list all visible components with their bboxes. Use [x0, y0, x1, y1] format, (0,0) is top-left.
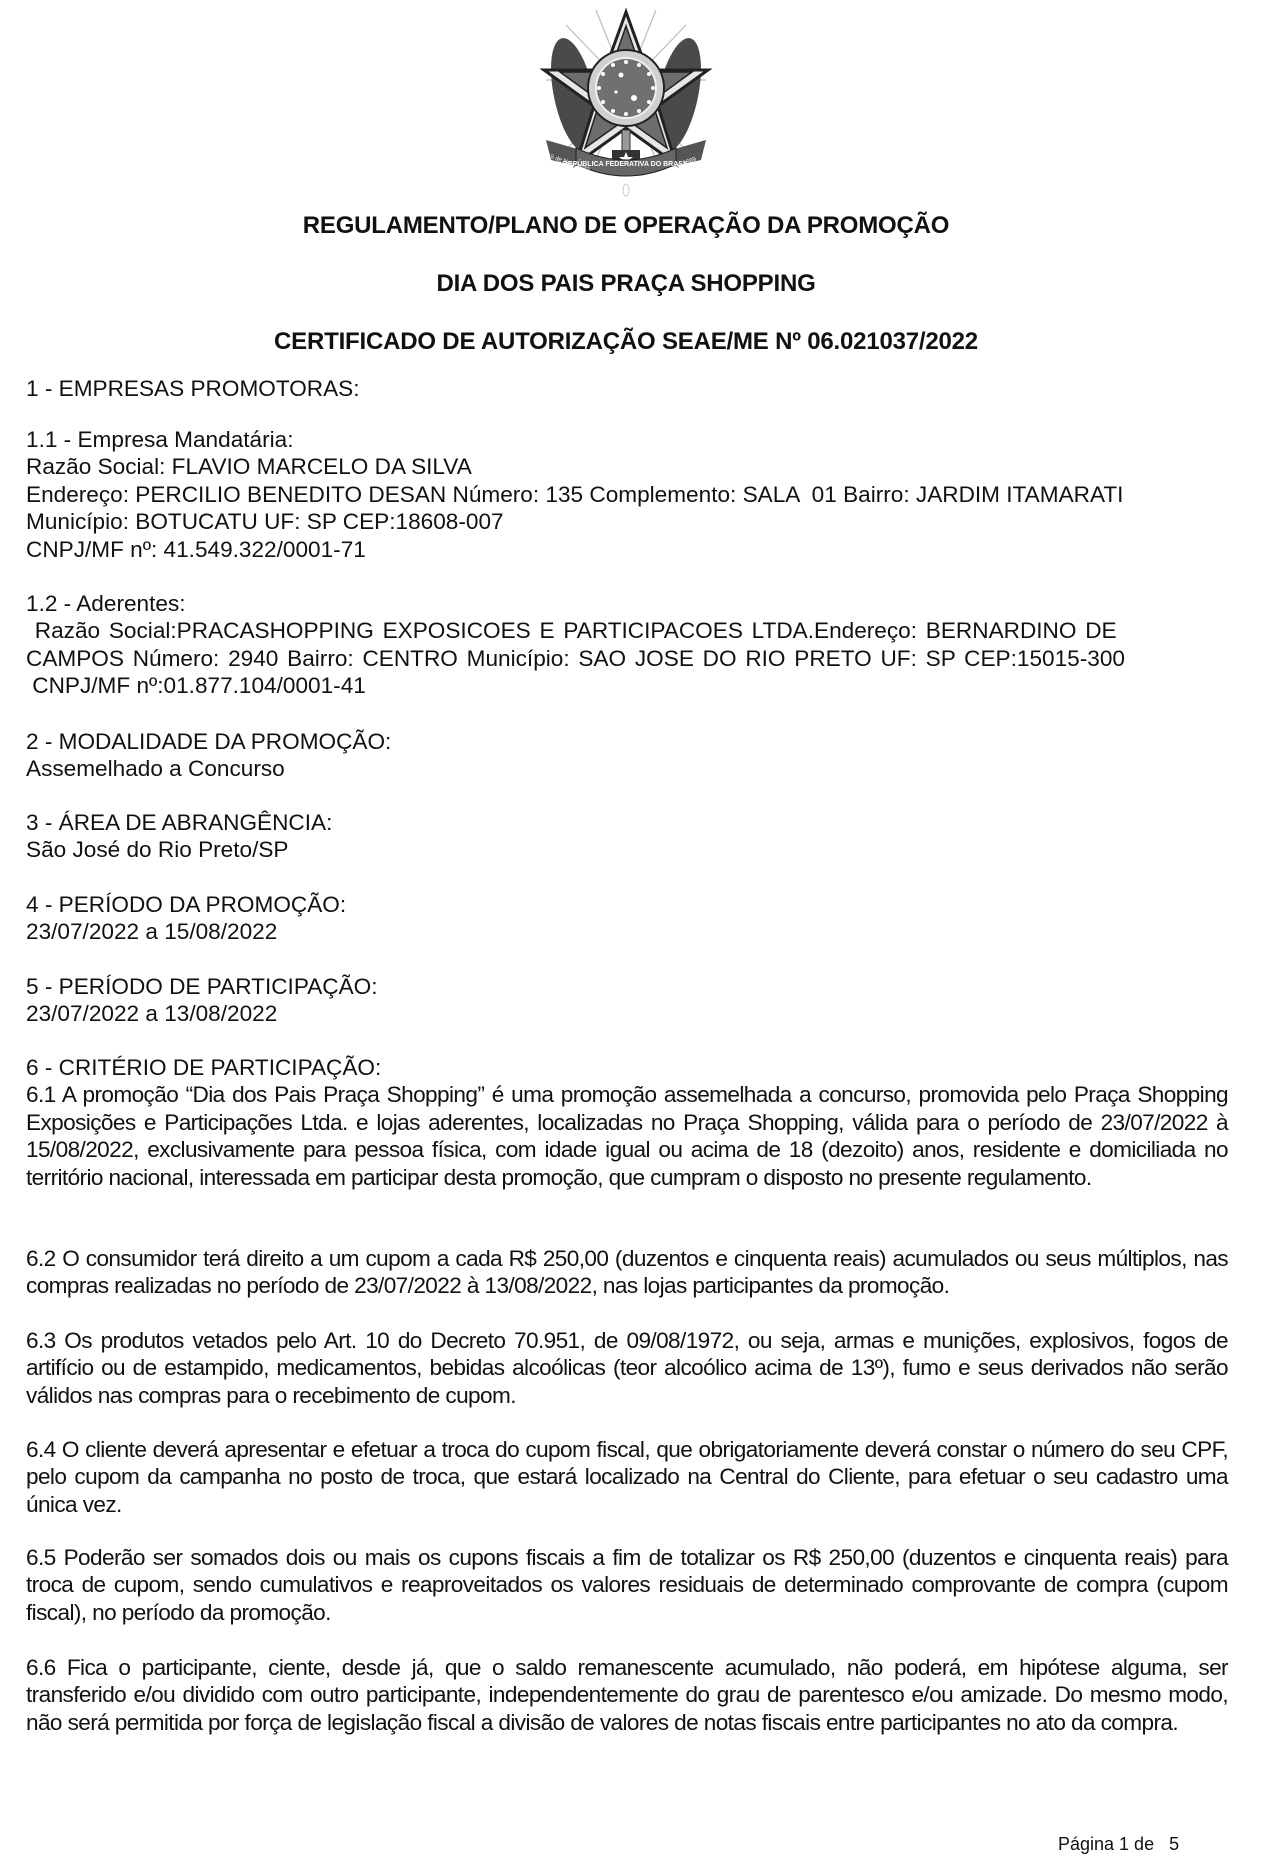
municipio: Município: BOTUCATU UF: SP CEP:18608-007 [26, 508, 1228, 535]
section-2-modality: 2 - MODALIDADE DA PROMOÇÃO: Assemelhado … [26, 728, 1228, 783]
section-5-participation-period: 5 - PERÍODO DE PARTICIPAÇÃO: 23/07/2022 … [26, 973, 1228, 1028]
section-heading: 5 - PERÍODO DE PARTICIPAÇÃO: [26, 973, 1228, 1000]
aderente-endereco: CAMPOS Número: 2940 Bairro: CENTRO Munic… [26, 645, 1228, 672]
section-heading: 1 - EMPRESAS PROMOTORAS: [26, 375, 1228, 402]
section-6-criteria: 6 - CRITÉRIO DE PARTICIPAÇÃO: 6.1 A prom… [26, 1054, 1228, 1191]
paragraph-6-3: 6.3 Os produtos vetados pelo Art. 10 do … [26, 1327, 1228, 1409]
aderente-cnpj: CNPJ/MF nº:01.877.104/0001-41 [26, 672, 1228, 699]
section-value: Assemelhado a Concurso [26, 755, 1228, 782]
paragraph-6-2: 6.2 O consumidor terá direito a um cupom… [26, 1245, 1228, 1300]
subsection-heading: 1.1 - Empresa Mandatária: [26, 426, 1228, 453]
endereco: Endereço: PERCILIO BENEDITO DESAN Número… [26, 481, 1228, 508]
promotion-name: DIA DOS PAIS PRAÇA SHOPPING [0, 270, 1252, 298]
paragraph-6-4: 6.4 O cliente deverá apresentar e efetua… [26, 1436, 1228, 1518]
razao-social: Razão Social: FLAVIO MARCELO DA SILVA [26, 453, 1228, 480]
section-heading: 2 - MODALIDADE DA PROMOÇÃO: [26, 728, 1228, 755]
section-4-promotion-period: 4 - PERÍODO DA PROMOÇÃO: 23/07/2022 a 15… [26, 891, 1228, 946]
section-value: 23/07/2022 a 15/08/2022 [26, 918, 1228, 945]
section-heading: 6 - CRITÉRIO DE PARTICIPAÇÃO: [26, 1054, 1228, 1081]
authorization-certificate: CERTIFICADO DE AUTORIZAÇÃO SEAE/ME Nº 06… [0, 328, 1252, 356]
aderentes-block: 1.2 - Aderentes: Razão Social:PRACASHOPP… [26, 590, 1228, 700]
section-3-area: 3 - ÁREA DE ABRANGÊNCIA: São José do Rio… [26, 809, 1228, 864]
mandataria-block: 1.1 - Empresa Mandatária: Razão Social: … [26, 426, 1228, 563]
paragraph-6-6: 6.6 Fica o participante, ciente, desde j… [26, 1654, 1228, 1736]
paragraph-6-5: 6.5 Poderão ser somados dois ou mais os … [26, 1544, 1228, 1626]
section-value: 23/07/2022 a 13/08/2022 [26, 1000, 1228, 1027]
paragraph-6-1: 6.1 A promoção “Dia dos Pais Praça Shopp… [26, 1081, 1228, 1191]
section-value: São José do Rio Preto/SP [26, 836, 1228, 863]
subsection-heading: 1.2 - Aderentes: [26, 590, 1228, 617]
section-1-promoters: 1 - EMPRESAS PROMOTORAS: [26, 375, 1228, 402]
cnpj: CNPJ/MF nº: 41.549.322/0001-71 [26, 536, 1228, 563]
section-heading: 3 - ÁREA DE ABRANGÊNCIA: [26, 809, 1228, 836]
document-title: REGULAMENTO/PLANO DE OPERAÇÃO DA PROMOÇÃ… [0, 212, 1252, 240]
brazil-coat-of-arms-icon: REPÚBLICA FEDERATIVA DO BRASIL 15 de Nov… [526, 0, 726, 200]
section-heading: 4 - PERÍODO DA PROMOÇÃO: [26, 891, 1228, 918]
page-number: Página 1 de 5 [1058, 1834, 1179, 1855]
aderente-razao-social: Razão Social:PRACASHOPPING EXPOSICOES E … [26, 617, 1228, 644]
